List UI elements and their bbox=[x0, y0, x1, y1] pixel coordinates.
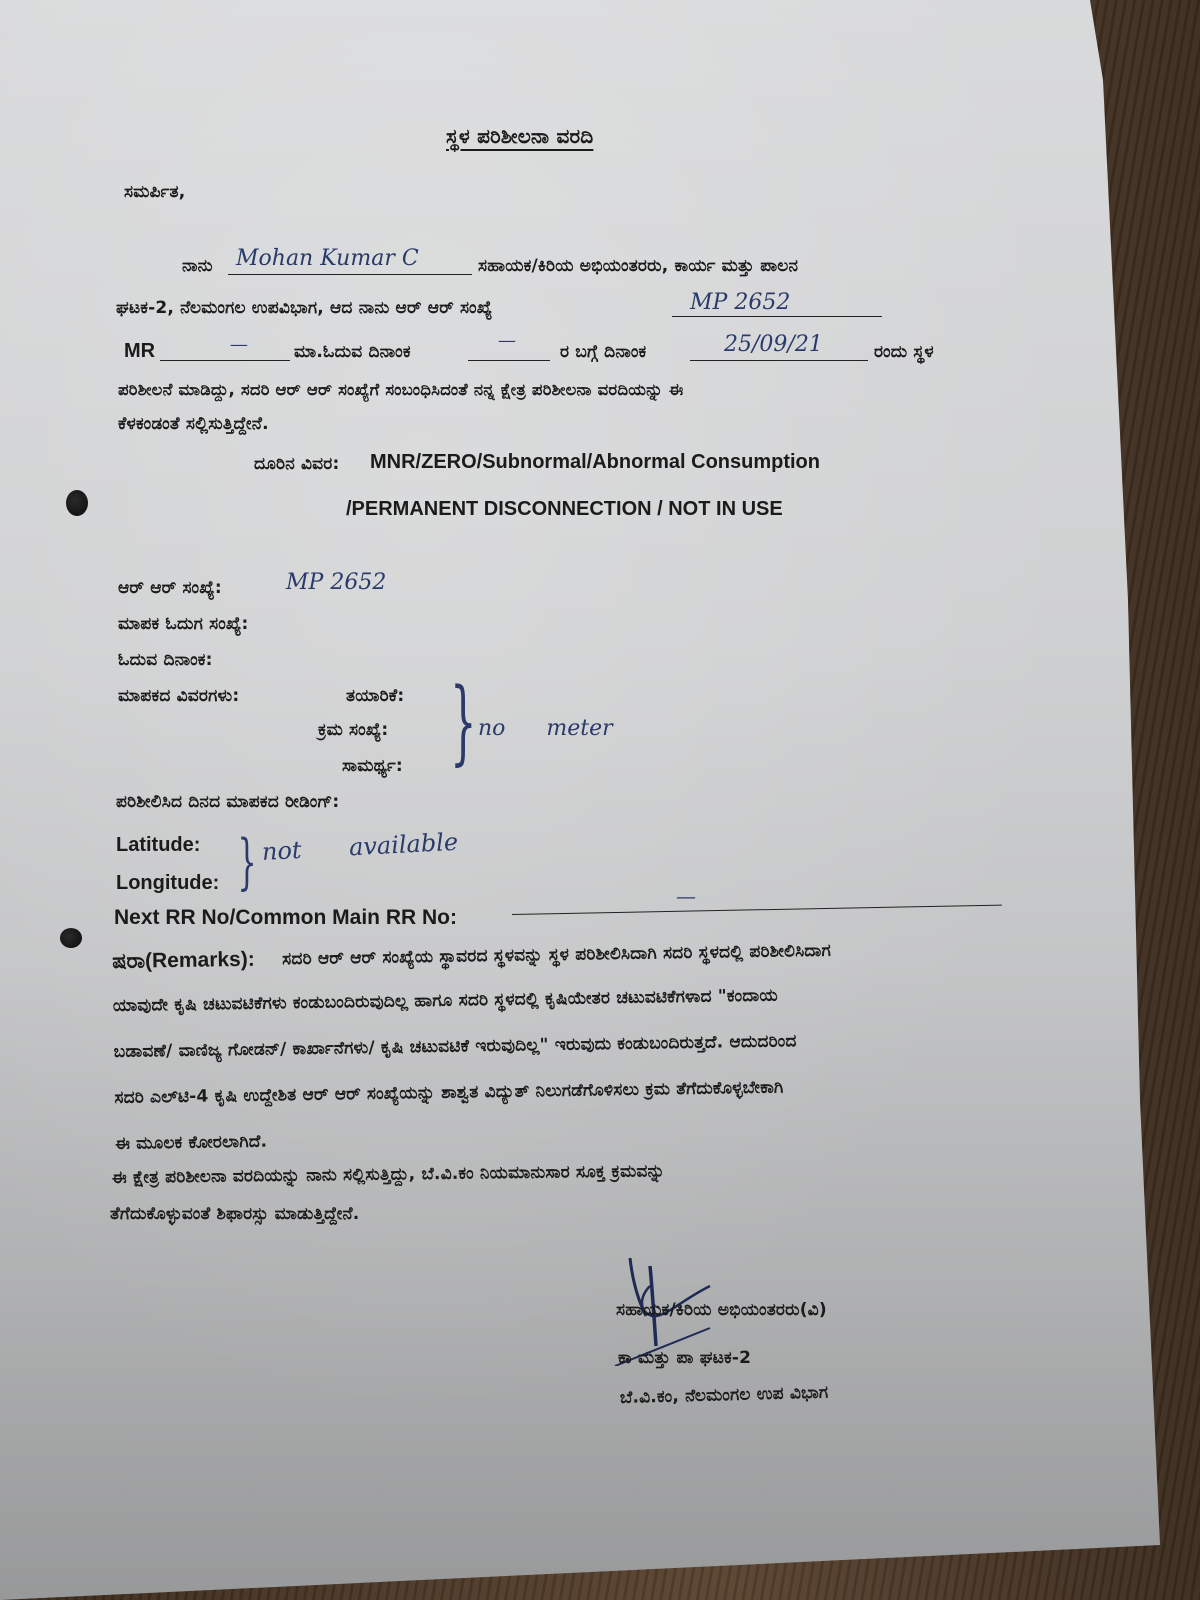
rr-no-value: MP 2652 bbox=[286, 570, 386, 595]
reading-date-line bbox=[468, 360, 550, 361]
remarks-label: ಷರಾ(Remarks): bbox=[112, 948, 255, 974]
punch-hole bbox=[66, 490, 88, 516]
intro-line-2: ಘಟಕ-2, ನೆಲಮಂಗಲ ಉಪವಿಭಾಗ, ಆದ ನಾನು ಆರ್ ಆರ್ … bbox=[116, 298, 492, 318]
intro-line-5: ಕೆಳಕಂಡಂತೆ ಸಲ್ಲಿಸುತ್ತಿದ್ದೇನೆ. bbox=[118, 414, 269, 434]
officer-name-line bbox=[228, 274, 472, 275]
reading-date-value: — bbox=[498, 330, 516, 351]
mr-label: MR bbox=[124, 340, 155, 363]
reading-date-field-label: ಓದುವ ದಿನಾಂಕ: bbox=[118, 650, 213, 670]
salutation: ಸಮರ್ಪಿತ, bbox=[124, 182, 185, 202]
signatory-designation: ಸಹಾಯಕ/ಕಿರಿಯ ಅಭಿಯಂತರರು(ವಿ) bbox=[616, 1300, 827, 1320]
brace-mark: } bbox=[238, 832, 257, 892]
inspection-date-line bbox=[690, 360, 868, 361]
meter-details-label: ಮಾಪಕದ ವಿವರಗಳು: bbox=[118, 686, 239, 706]
longitude-label: Longitude: bbox=[116, 872, 219, 895]
inspection-date-value: 25/09/21 bbox=[724, 332, 823, 357]
reading-date-label: ಮಾ.ಓದುವ ದಿನಾಂಕ bbox=[294, 342, 411, 362]
rr-number-line bbox=[672, 316, 882, 317]
signatory-unit: ಕಾ ಮತ್ತು ಪಾ ಘಟಕ-2 bbox=[618, 1348, 751, 1368]
intro-line-3-end: ರಂದು ಸ್ಥಳ bbox=[874, 342, 934, 362]
meter-make-label: ತಯಾರಿಕೆ: bbox=[346, 686, 404, 706]
meter-reader-label: ಮಾಪಕ ಓದುಗ ಸಂಖ್ಯೆ: bbox=[118, 614, 249, 634]
complaint-type-line-1: MNR/ZERO/Subnormal/Abnormal Consumption bbox=[370, 451, 820, 474]
brace-mark: } bbox=[450, 676, 476, 768]
mr-value: — bbox=[230, 334, 248, 355]
intro-line-4: ಪರಿಶೀಲನೆ ಮಾಡಿದ್ದು, ಸದರಿ ಆರ್ ಆರ್ ಸಂಖ್ಯೆಗೆ… bbox=[118, 380, 683, 400]
mr-line bbox=[160, 360, 290, 361]
complaint-label: ದೂರಿನ ವಿವರ: bbox=[254, 454, 339, 474]
meter-capacity-label: ಸಾಮರ್ಥ್ಯ: bbox=[342, 756, 403, 776]
rr-number-value: MP 2652 bbox=[690, 290, 790, 315]
intro-prefix: ನಾನು bbox=[182, 256, 213, 276]
intro-designation: ಸಹಾಯಕ/ಕಿರಿಯ ಅಭಿಯಂತರರು, ಕಾರ್ಯ ಮತ್ತು ಪಾಲನ bbox=[478, 256, 798, 276]
officer-name-value: Mohan Kumar C bbox=[236, 246, 419, 271]
latitude-label: Latitude: bbox=[116, 834, 200, 857]
next-rr-value: — bbox=[676, 884, 696, 908]
remarks-line: ಈ ಮೂಲಕ ಕೋರಲಾಗಿದೆ. bbox=[115, 1132, 267, 1154]
closing-line-2: ತೆಗೆದುಕೊಳ್ಳುವಂತೆ ಶಿಫಾರಸ್ಸು ಮಾಡುತ್ತಿದ್ದೇನ… bbox=[110, 1204, 359, 1224]
rr-no-label: ಆರ್ ಆರ್ ಸಂಖ್ಯೆ: bbox=[118, 578, 222, 598]
next-rr-label: Next RR No/Common Main RR No: bbox=[114, 906, 457, 930]
reading-on-day-label: ಪರಿಶೀಲಿಸಿದ ದಿನದ ಮಾಪಕದ ರೀಡಿಂಗ್: bbox=[116, 792, 339, 812]
meter-serial-label: ಕ್ರಮ ಸಂಖ್ಯೆ: bbox=[318, 720, 388, 740]
inspection-date-label: ರ ಬಗ್ಗೆ ದಿನಾಂಕ bbox=[560, 342, 646, 362]
punch-hole bbox=[60, 928, 82, 948]
meter-details-value: no meter bbox=[478, 716, 613, 741]
complaint-type-line-2: /PERMANENT DISCONNECTION / NOT IN USE bbox=[346, 498, 783, 521]
document-title: ಸ್ಥಳ ಪರಿಶೀಲನಾ ವರದಿ bbox=[446, 124, 593, 148]
